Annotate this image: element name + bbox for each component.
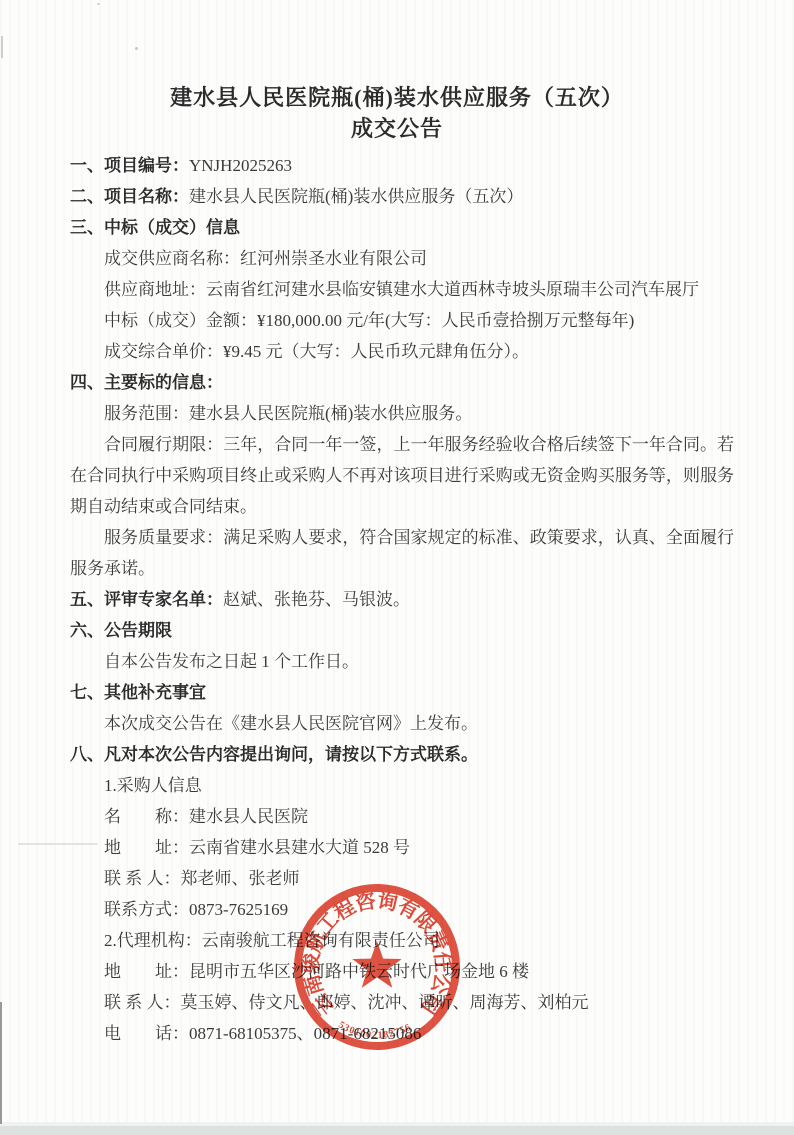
project-number-line: 一、项目编号：YNJH2025263	[70, 150, 734, 181]
agency-phone-line: 电 话：0871-68105375、0871-68215086	[70, 1018, 734, 1049]
scan-smudge	[18, 843, 98, 845]
project-number-value: YNJH2025263	[189, 156, 292, 175]
agency-line: 2.代理机构：云南骏航工程咨询有限责任公司	[70, 925, 734, 956]
buyer-address-line: 地 址：云南省建水县建水大道 528 号	[70, 832, 734, 863]
buyer-contact-line: 联 系 人：郑老师、张老师	[70, 863, 734, 894]
experts-names: 赵斌、张艳芬、马银波。	[223, 590, 410, 609]
title-line-2: 成交公告	[0, 113, 794, 144]
scan-speck	[135, 47, 138, 50]
document-title: 建水县人民医院瓶(桶)装水供应服务（五次） 成交公告	[0, 82, 794, 144]
scan-speck	[97, 3, 100, 5]
project-name-line: 二、项目名称：建水县人民医院瓶(桶)装水供应服务（五次）	[70, 181, 734, 212]
experts-label: 五、评审专家名单：	[70, 590, 223, 609]
service-scope-line: 服务范围：建水县人民医院瓶(桶)装水供应服务。	[70, 398, 734, 429]
scan-edge-left-top	[1, 36, 3, 58]
buyer-info-title: 1.采购人信息	[70, 770, 734, 801]
buyer-phone-line: 联系方式：0873-7625169	[70, 894, 734, 925]
scanned-announcement-page: 建水县人民医院瓶(桶)装水供应服务（五次） 成交公告 一、项目编号：YNJH20…	[0, 0, 794, 1135]
award-amount-line: 中标（成交）金额：¥180,000.00 元/年(大写：人民币壹拾捌万元整每年)	[70, 305, 734, 336]
supplementary-body: 本次成交公告在《建水县人民医院官网》上发布。	[70, 708, 734, 739]
announcement-period-body: 自本公告发布之日起 1 个工作日。	[70, 646, 734, 677]
agency-address-line: 地 址：昆明市五华区沙河路中铁云时代广场金地 6 楼	[70, 956, 734, 987]
buyer-name-line: 名 称：建水县人民医院	[70, 801, 734, 832]
project-name-label: 二、项目名称：	[70, 187, 189, 206]
supplier-address-line: 供应商地址：云南省红河建水县临安镇建水大道西林寺坡头原瑞丰公司汽车展厅	[70, 274, 734, 305]
award-info-heading: 三、中标（成交）信息	[70, 212, 734, 243]
contract-term-paragraph: 合同履行期限：三年，合同一年一签，上一年服务经验收合格后续签下一年合同。若在合同…	[70, 429, 734, 522]
document-body: 一、项目编号：YNJH2025263 二、项目名称：建水县人民医院瓶(桶)装水供…	[0, 150, 794, 1049]
subject-info-heading: 四、主要标的信息：	[70, 367, 734, 398]
supplier-name-line: 成交供应商名称：红河州崇圣水业有限公司	[70, 243, 734, 274]
agency-contact-line: 联 系 人：莫玉婷、侍文凡、郎婷、沈冲、谭昕、周海芳、刘柏元	[70, 987, 734, 1018]
experts-line: 五、评审专家名单：赵斌、张艳芬、马银波。	[70, 584, 734, 615]
announcement-period-heading: 六、公告期限	[70, 615, 734, 646]
title-line-1: 建水县人民医院瓶(桶)装水供应服务（五次）	[0, 82, 794, 113]
scanner-bottom-band	[0, 1126, 794, 1135]
supplementary-heading: 七、其他补充事宜	[70, 677, 734, 708]
contact-section-heading: 八、凡对本次公告内容提出询问，请按以下方式联系。	[70, 739, 734, 770]
project-number-label: 一、项目编号：	[70, 156, 189, 175]
scan-edge-left-bottom	[0, 1002, 2, 1124]
unit-price-line: 成交综合单价：¥9.45 元（大写：人民币玖元肆角伍分）。	[70, 336, 734, 367]
project-name-value: 建水县人民医院瓶(桶)装水供应服务（五次）	[189, 187, 523, 206]
service-quality-paragraph: 服务质量要求：满足采购人要求，符合国家规定的标准、政策要求，认真、全面履行服务承…	[70, 522, 734, 584]
